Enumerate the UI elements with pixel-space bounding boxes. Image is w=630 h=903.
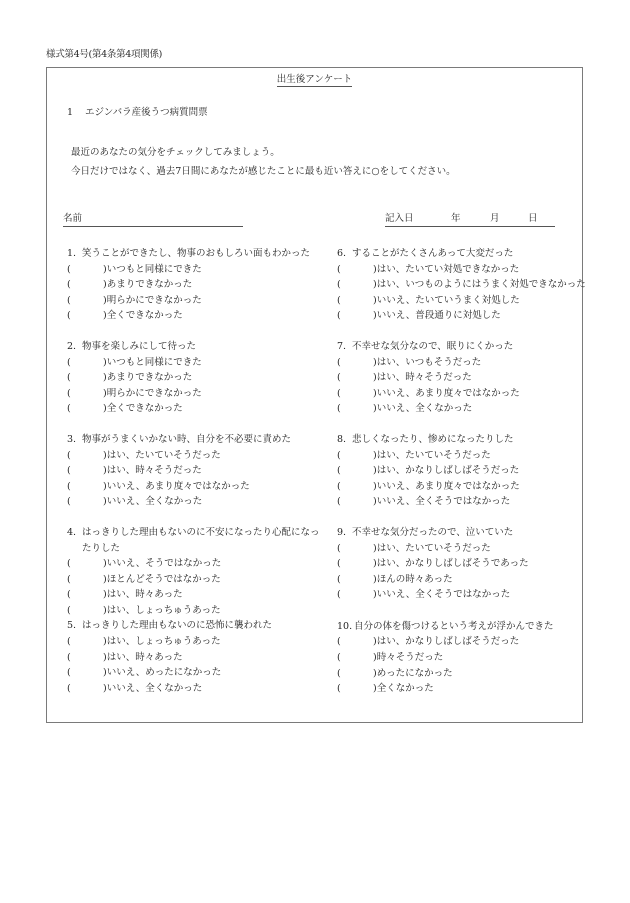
answer-text: はい、時々そうだった — [107, 463, 322, 479]
answer-blank[interactable]: ( — [67, 448, 103, 464]
answer-text: いいえ、全くなかった — [107, 494, 322, 510]
answer-text: はい、いつもそうだった — [377, 355, 592, 371]
answer-blank[interactable]: ( — [67, 308, 103, 324]
answer-blank[interactable]: ( — [67, 401, 103, 417]
answer-blank[interactable]: ( — [337, 355, 373, 371]
answer-text: あまりできなかった — [107, 370, 322, 386]
question-text: 自分の体を傷つけるという考えが浮かんできた — [354, 619, 592, 635]
answer-option[interactable]: ()いいえ、普段通りに対処した — [337, 308, 592, 324]
name-label: 名前 — [63, 213, 82, 224]
answer-blank[interactable]: ( — [337, 681, 373, 697]
answer-blank[interactable]: ( — [67, 355, 103, 371]
answer-option[interactable]: ()はい、たいていそうだった — [337, 448, 592, 464]
answer-text: いいえ、めったになかった — [107, 665, 322, 681]
instructions: 最近のあなたの気分をチェックしてみましょう。 今日だけではなく、過去7日間にあな… — [71, 148, 456, 185]
answer-blank[interactable]: ( — [67, 262, 103, 278]
answer-blank[interactable]: ( — [337, 541, 373, 557]
answer-text: いいえ、あまり度々ではなかった — [377, 479, 592, 495]
answer-text: ほとんどそうではなかった — [107, 572, 322, 588]
answer-blank[interactable]: ( — [337, 666, 373, 682]
questionnaire-frame: 出生後アンケート 1エジンバラ産後うつ病質問票 最近のあなたの気分をチェックして… — [46, 67, 583, 723]
answer-option[interactable]: ()めったになかった — [337, 666, 592, 682]
answer-text: 全くできなかった — [107, 308, 322, 324]
question-text: はっきりした理由もないのに不安になったり心配になったりした — [82, 525, 322, 556]
answer-option[interactable]: ()いいえ、たいていうまく対処した — [337, 293, 592, 309]
answer-option[interactable]: ()いいえ、あまり度々ではなかった — [337, 479, 592, 495]
answer-text: はい、時々あった — [107, 587, 322, 603]
question-text: 不幸せな気分だったので、泣いていた — [352, 525, 592, 541]
question-number: 6. — [337, 246, 352, 262]
answer-option[interactable]: ()はい、時々そうだった — [67, 463, 322, 479]
question-4: 4.はっきりした理由もないのに不安になったり心配になったりした ()いいえ、そう… — [67, 525, 322, 619]
answer-option[interactable]: ()はい、たいていそうだった — [67, 448, 322, 464]
answer-option[interactable]: ()はい、たいてい対処できなかった — [337, 262, 592, 278]
question-number: 1. — [67, 246, 82, 262]
question-number: 2. — [67, 339, 82, 355]
answer-option[interactable]: ()いいえ、全くなかった — [337, 401, 592, 417]
answer-text: はい、いつものようにはうまく対処できなかった — [377, 277, 592, 293]
answer-text: はい、しょっちゅうあった — [107, 634, 322, 650]
document-title-text: 出生後アンケート — [277, 74, 352, 87]
answer-text: めったになかった — [377, 666, 592, 682]
answer-blank[interactable]: ( — [337, 262, 373, 278]
question-text: 物事を楽しみにして待った — [82, 339, 322, 355]
answer-option[interactable]: ()全くできなかった — [67, 401, 322, 417]
question-5: 5.はっきりした理由もないのに恐怖に襲われた ()はい、しょっちゅうあった ()… — [67, 618, 322, 696]
answer-blank[interactable]: ( — [67, 665, 103, 681]
answer-blank[interactable]: ( — [67, 370, 103, 386]
answer-option[interactable]: ()はい、いつもそうだった — [337, 355, 592, 371]
year-label: 年 — [451, 214, 490, 224]
answer-blank[interactable]: ( — [67, 634, 103, 650]
answer-text: はい、たいていそうだった — [377, 448, 592, 464]
answer-option[interactable]: ()はい、しょっちゅうあった — [67, 603, 322, 619]
question-number: 9. — [337, 525, 352, 541]
question-number: 7. — [337, 339, 352, 355]
month-label: 月 — [490, 214, 528, 224]
answer-text: はい、時々あった — [107, 650, 322, 666]
answer-blank[interactable]: ( — [67, 587, 103, 603]
answer-option[interactable]: ()いつもと同様にできた — [67, 355, 322, 371]
question-number: 5. — [67, 618, 82, 634]
answer-text: いいえ、普段通りに対処した — [377, 308, 592, 324]
answer-text: あまりできなかった — [107, 277, 322, 293]
answer-blank[interactable]: ( — [337, 293, 373, 309]
answer-blank[interactable]: ( — [337, 494, 373, 510]
question-2: 2.物事を楽しみにして待った ()いつもと同様にできた ()あまりできなかった … — [67, 339, 322, 417]
answer-option[interactable]: ()はい、かなりしばしばそうだった — [337, 634, 592, 650]
question-6: 6.することがたくさんあって大変だった ()はい、たいてい対処できなかった ()… — [337, 246, 592, 324]
name-field[interactable]: 名前 — [63, 214, 243, 227]
question-7: 7.不幸せな気分なので、眠りにくかった ()はい、いつもそうだった ()はい、時… — [337, 339, 592, 417]
answer-text: はい、かなりしばしばそうだった — [377, 463, 592, 479]
answer-blank[interactable]: ( — [67, 494, 103, 510]
answer-blank[interactable]: ( — [337, 463, 373, 479]
form-number: 様式第4号(第4条第4項関係) — [46, 50, 162, 60]
instruction-line-2: 今日だけではなく、過去7日間にあなたが感じたことに最も近い答えに○をしてください… — [71, 167, 456, 177]
answer-text: いいえ、そうではなかった — [107, 556, 322, 572]
question-8: 8.悲しくなったり、惨めになったりした ()はい、たいていそうだった ()はい、… — [337, 432, 592, 510]
question-10: 10.自分の体を傷つけるという考えが浮かんできた ()はい、かなりしばしばそうだ… — [337, 619, 592, 697]
answer-blank[interactable]: ( — [67, 277, 103, 293]
answer-option[interactable]: ()ほんの時々あった — [337, 572, 592, 588]
answer-text: 時々そうだった — [377, 650, 592, 666]
answer-option[interactable]: ()はい、時々あった — [67, 650, 322, 666]
answer-text: はい、たいてい対処できなかった — [377, 262, 592, 278]
answer-blank[interactable]: ( — [67, 572, 103, 588]
answer-blank[interactable]: ( — [337, 650, 373, 666]
answer-text: はい、たいていそうだった — [107, 448, 322, 464]
answer-option[interactable]: ()あまりできなかった — [67, 370, 322, 386]
question-1: 1.笑うことができたし、物事のおもしろい面もわかった ()いつもと同様にできた … — [67, 246, 322, 324]
answer-blank[interactable]: ( — [67, 603, 103, 619]
answer-option[interactable]: ()全くなかった — [337, 681, 592, 697]
question-number: 3. — [67, 432, 82, 448]
answer-text: はい、かなりしばしばそうであった — [377, 556, 592, 572]
answer-blank[interactable]: ( — [67, 681, 103, 697]
answer-text: いいえ、たいていうまく対処した — [377, 293, 592, 309]
answer-blank[interactable]: ( — [67, 386, 103, 402]
answer-blank[interactable]: ( — [337, 308, 373, 324]
answer-option[interactable]: ()いつもと同様にできた — [67, 262, 322, 278]
answer-option[interactable]: ()いいえ、全くそうではなかった — [337, 494, 592, 510]
answer-text: はい、かなりしばしばそうだった — [377, 634, 592, 650]
answer-blank[interactable]: ( — [337, 634, 373, 650]
questions-left-column: 1.笑うことができたし、物事のおもしろい面もわかった ()いつもと同様にできた … — [67, 246, 322, 711]
answer-blank[interactable]: ( — [337, 448, 373, 464]
question-3: 3.物事がうまくいかない時、自分を不必要に責めた ()はい、たいていそうだった … — [67, 432, 322, 510]
answer-blank[interactable]: ( — [337, 370, 373, 386]
question-text: 笑うことができたし、物事のおもしろい面もわかった — [82, 246, 322, 262]
question-number: 10. — [337, 619, 354, 635]
answer-blank[interactable]: ( — [67, 556, 103, 572]
answer-option[interactable]: ()いいえ、全くなかった — [67, 681, 322, 697]
section-number: 1 — [67, 107, 73, 118]
answer-option[interactable]: ()いいえ、めったになかった — [67, 665, 322, 681]
question-text: 不幸せな気分なので、眠りにくかった — [352, 339, 592, 355]
answer-option[interactable]: ()全くできなかった — [67, 308, 322, 324]
answer-text: いつもと同様にできた — [107, 262, 322, 278]
answer-text: いいえ、全くそうではなかった — [377, 494, 592, 510]
answer-text: 全くなかった — [377, 681, 592, 697]
answer-option[interactable]: ()はい、時々そうだった — [337, 370, 592, 386]
answer-option[interactable]: ()はい、かなりしばしばそうだった — [337, 463, 592, 479]
answer-blank[interactable]: ( — [337, 572, 373, 588]
answer-option[interactable]: ()はい、かなりしばしばそうであった — [337, 556, 592, 572]
answer-blank[interactable]: ( — [337, 386, 373, 402]
answer-option[interactable]: ()あまりできなかった — [67, 277, 322, 293]
answer-text: はい、たいていそうだった — [377, 541, 592, 557]
answer-text: はい、しょっちゅうあった — [107, 603, 322, 619]
answer-option[interactable]: ()いいえ、あまり度々ではなかった — [337, 386, 592, 402]
answer-text: はい、時々そうだった — [377, 370, 592, 386]
entry-date-label: 記入日 — [385, 214, 451, 224]
answer-text: 明らかにできなかった — [107, 293, 322, 309]
question-number: 4. — [67, 525, 82, 556]
questions-right-column: 6.することがたくさんあって大変だった ()はい、たいてい対処できなかった ()… — [337, 246, 592, 712]
question-number: 8. — [337, 432, 352, 448]
answer-blank[interactable]: ( — [67, 479, 103, 495]
document-title: 出生後アンケート — [47, 75, 582, 85]
question-text: することがたくさんあって大変だった — [352, 246, 592, 262]
answer-text: ほんの時々あった — [377, 572, 592, 588]
question-text: 悲しくなったり、惨めになったりした — [352, 432, 592, 448]
answer-blank[interactable]: ( — [337, 587, 373, 603]
answer-text: いいえ、あまり度々ではなかった — [377, 386, 592, 402]
answer-option[interactable]: ()はい、たいていそうだった — [337, 541, 592, 557]
answer-blank[interactable]: ( — [337, 401, 373, 417]
answer-text: いつもと同様にできた — [107, 355, 322, 371]
question-text: はっきりした理由もないのに恐怖に襲われた — [82, 618, 322, 634]
answer-text: いいえ、あまり度々ではなかった — [107, 479, 322, 495]
answer-text: 全くできなかった — [107, 401, 322, 417]
answer-option[interactable]: ()明らかにできなかった — [67, 386, 322, 402]
answer-text: 明らかにできなかった — [107, 386, 322, 402]
answer-blank[interactable]: ( — [67, 293, 103, 309]
instruction-line-1: 最近のあなたの気分をチェックしてみましょう。 — [71, 148, 456, 158]
answer-option[interactable]: ()はい、いつものようにはうまく対処できなかった — [337, 277, 592, 293]
answer-option[interactable]: ()はい、時々あった — [67, 587, 322, 603]
answer-option[interactable]: ()いいえ、全くなかった — [67, 494, 322, 510]
section-heading: 1エジンバラ産後うつ病質問票 — [67, 108, 208, 118]
answer-text: いいえ、全くそうではなかった — [377, 587, 592, 603]
answer-text: いいえ、全くなかった — [107, 681, 322, 697]
answer-option[interactable]: ()いいえ、全くそうではなかった — [337, 587, 592, 603]
answer-blank[interactable]: ( — [337, 479, 373, 495]
answer-option[interactable]: ()時々そうだった — [337, 650, 592, 666]
entry-date-field[interactable]: 記入日 年 月 日 — [385, 214, 555, 227]
question-text: 物事がうまくいかない時、自分を不必要に責めた — [82, 432, 322, 448]
answer-option[interactable]: ()はい、しょっちゅうあった — [67, 634, 322, 650]
question-9: 9.不幸せな気分だったので、泣いていた ()はい、たいていそうだった ()はい、… — [337, 525, 592, 603]
answer-option[interactable]: ()いいえ、あまり度々ではなかった — [67, 479, 322, 495]
section-title: エジンバラ産後うつ病質問票 — [85, 107, 208, 118]
day-label: 日 — [528, 214, 538, 224]
answer-blank[interactable]: ( — [67, 463, 103, 479]
answer-blank[interactable]: ( — [67, 650, 103, 666]
answer-option[interactable]: ()いいえ、そうではなかった — [67, 556, 322, 572]
answer-blank[interactable]: ( — [337, 556, 373, 572]
answer-text: いいえ、全くなかった — [377, 401, 592, 417]
answer-option[interactable]: ()明らかにできなかった — [67, 293, 322, 309]
answer-blank[interactable]: ( — [337, 277, 373, 293]
answer-option[interactable]: ()ほとんどそうではなかった — [67, 572, 322, 588]
